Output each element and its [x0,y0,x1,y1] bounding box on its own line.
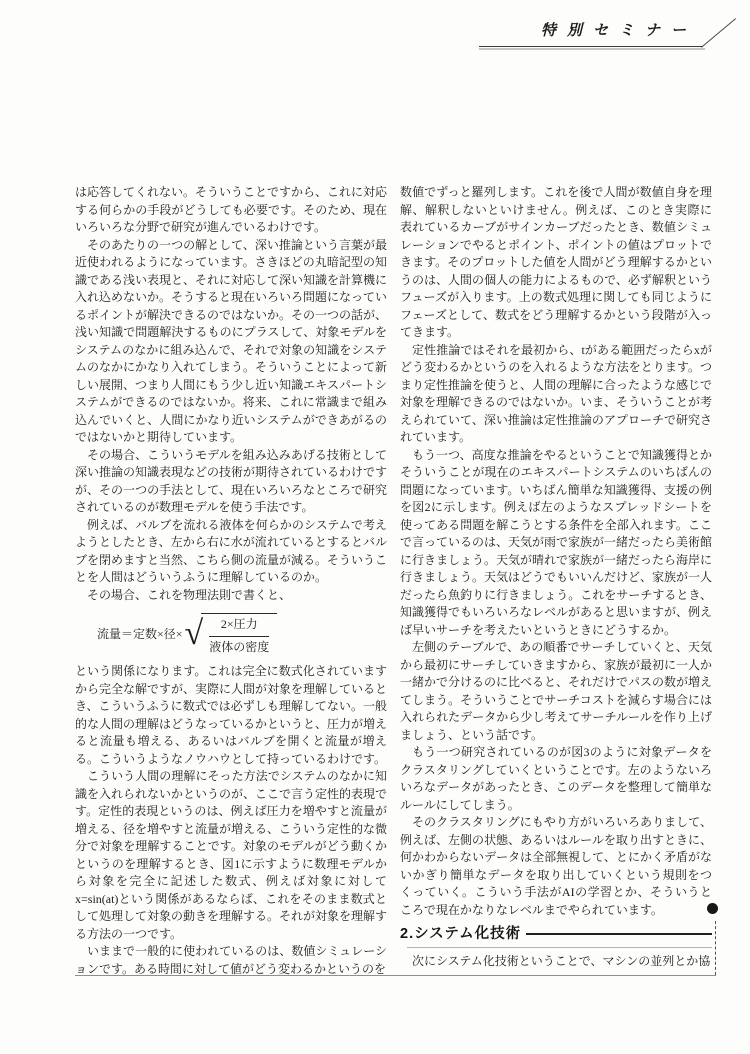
section-heading: 2.システム化技術 [400,923,712,947]
left-text-column: は応答してくれない。そういうことですから、これに対応する何らかの手段がどうしても… [75,184,387,980]
square-root-symbol: √ [185,617,204,651]
paragraph: もう一つ研究されているのが図3のように対象データをクラスタリングしていくというこ… [400,744,712,814]
footer-rule [75,975,716,976]
paragraph: もう一つ、高度な推論をやるということで知識獲得とかそういうことが現在のエキスパー… [400,447,712,640]
paragraph: は応答してくれない。そういうことですから、これに対応する何らかの手段がどうしても… [75,184,387,237]
paragraph: そのあたりの一つの解として、深い推論という言葉が最近使われるようになっています。… [75,237,387,447]
paragraph: こういう人間の理解にそった方法でシステムのなかに知識を入れられないかというのが、… [75,768,387,943]
paragraph: そのクラスタリングにもやり方がいろいろありまして、例えば、左側の状態、あるいはル… [400,814,712,919]
flow-rate-formula: 流量＝定数×径× √ 2×圧力 液体の密度 [97,613,387,656]
formula-numerator: 2×圧力 [209,616,269,637]
paragraph: という関係になります。これは完全に数式化されていますから完全な解ですが、実際に人… [75,663,387,768]
formula-lhs: 流量＝定数×径× [97,626,183,644]
section-heading-rule [526,933,712,935]
page-header-title: 特別セミナー [541,19,697,40]
scanned-document-page: 特別セミナー は応答してくれない。そういうことですから、これに対応する何らかの手… [0,0,750,1054]
paragraph: 左側のテーブルで、あの順番でサーチしていくと、天気から最初にサーチしていきますか… [400,639,712,744]
paragraph: 例えば、バルブを流れる液体を何らかのシステムで考えようとしたとき、左から右に水が… [75,517,387,587]
paragraph: いままで一般的に使われているのは、数値シミュレーションです。ある時間に対して値が… [75,943,387,978]
paragraph: 次にシステム化技術ということで、マシンの並列とか協 [400,953,712,971]
section-heading-label: 2.システム化技術 [400,926,521,944]
formula-denominator: 液体の密度 [209,637,269,657]
paragraph: 定性推論ではそれを最初から、tがある範囲だったらxがどう変わるかというのを入れる… [400,342,712,447]
footer-dotted-vertical-line [715,921,716,975]
formula-fraction: 2×圧力 液体の密度 [201,613,277,656]
paragraph: その場合、これを物理法則で書くと、 [75,587,387,605]
paragraph: 数値でずっと羅列します。これを後で人間が数値自身を理解、解釈しないといけません。… [400,184,712,342]
header-rule [479,46,703,47]
header-diagonal-stroke [701,18,736,48]
footer-bullet-dot [707,903,718,914]
header-rule-shadow [479,48,705,50]
right-text-column: 数値でずっと羅列します。これを後で人間が数値自身を理解、解釈しないといけません。… [400,184,712,980]
paragraph: その場合、こういうモデルを組み込みあげる技術として深い推論の知識表現などの技術が… [75,447,387,517]
section-heading-shadow-line [407,947,712,948]
